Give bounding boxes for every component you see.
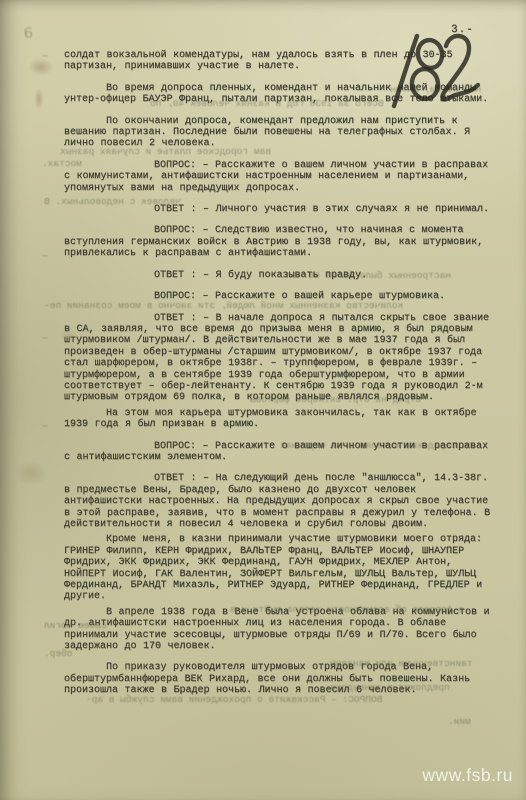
paragraph: По окончании допроса, комендант предложи…: [64, 116, 498, 150]
paragraph: Во время допроса пленных, комендант и на…: [64, 83, 498, 106]
text-body: солдат вокзальной комендатуры, нам удало…: [64, 50, 498, 707]
bleedthrough-fragment: —: [42, 332, 48, 343]
scanned-document-page: 3.- солдат вокзальной комендатуры, нам у…: [0, 0, 526, 800]
paragraph: ОТВЕТ : – Я буду показывать правду.: [64, 270, 498, 281]
paragraph: ВОПРОС: – Следствию известно, что начина…: [64, 225, 498, 259]
paragraph: ОТВЕТ : – В начале допроса я пытался скр…: [64, 313, 498, 404]
paragraph: ВОПРОС: – Расскажите о вашем личном учас…: [64, 160, 498, 194]
bleedthrough-fragment: —: [42, 50, 48, 61]
paragraph: На этом моя карьера штурмовика закончила…: [64, 408, 498, 431]
paragraph: По приказу руководителя штурмовых отрядо…: [64, 662, 498, 696]
smudge-mark: [28, 58, 54, 76]
paragraph: ВОПРОС: – Расскажите о вашем личном учас…: [64, 441, 498, 464]
smudge-mark: [14, 460, 48, 486]
pencil-mark: 6: [23, 25, 34, 42]
bleedthrough-fragment: мии.: [448, 716, 471, 727]
bleedthrough-fragment: —: [42, 420, 48, 431]
smudge-mark: [34, 88, 44, 110]
bleedthrough-fragment: —: [42, 250, 48, 261]
paragraph: ОТВЕТ : – Личного участия в этих случаях…: [64, 204, 498, 215]
paragraph: ВОПРОС: – Расскажите о вашей карьере шту…: [64, 291, 498, 302]
paragraph: В апреле 1938 года в Вене была устроена …: [64, 607, 498, 653]
paragraph: Кроме меня, в казни принимали участие шт…: [64, 534, 498, 602]
page-number: 3.-: [451, 24, 474, 36]
paragraph: ОТВЕТ : – На следующий день после "аншлю…: [64, 473, 498, 530]
watermark: www.fsb.ru: [422, 765, 513, 786]
paragraph: солдат вокзальной комендатуры, нам удало…: [64, 50, 498, 73]
